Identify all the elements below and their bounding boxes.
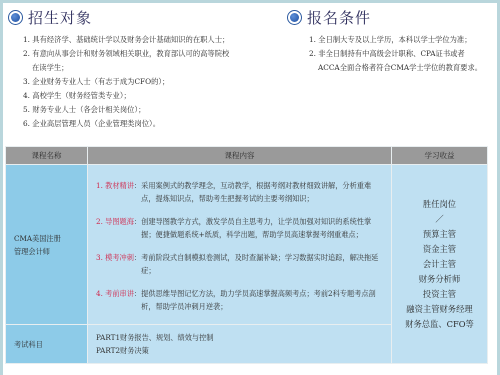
gain-line: 财务总监、CFO等 [392,317,487,332]
content-item: 1. 教材精讲： 采用案例式的教学理念，互动教学，根据考纲对教材细致讲解，分析重… [96,179,385,205]
list-item: 4. 高校学生（财务经管类专业）； [23,89,270,103]
item-number: 1. [23,35,30,44]
exam-label-cell: 考试科目 [6,325,88,364]
exam-subject: PART1财务报告、规划、绩效与控制 [96,331,385,344]
content-desc: 提供思维导图记忆方法，助力学员高速掌握高频考点；考前2科专题考点剖析，帮助学员冲… [141,287,385,313]
content-desc: 采用案例式的教学理念，互动教学，根据考纲对教材细致讲解，分析重难点，提炼知识点，… [141,179,385,205]
course-table: 课程名称 课程内容 学习收益 CMA美国注册 管理会计师 1. 教材精讲： 采用… [5,146,488,364]
exam-subject: PART2财务决策 [96,344,385,357]
item-text: 财务专业人士（各会计相关岗位）； [32,105,145,114]
list-item-continuation: 在读学生； [23,61,270,75]
content-desc: 创建导图教学方式，激发学员自主思考力，让学员加强对知识的系统性掌握；便捷做题系统… [141,215,385,241]
item-number: 3. [23,77,30,86]
list-item: 6. 企业高层管理人员（企业管理类岗位）。 [23,117,270,131]
item-number: 1. [309,35,316,44]
content-tag: 4. 考前串讲 [96,287,134,313]
header-course-content: 课程内容 [88,147,392,165]
admissions-section: 招生对象 1. 具有经济学、基础统计学以及财务会计基础知识的在职人士； 2. 有… [8,6,270,131]
list-item: 2. 有意向从事会计和财务领域相关职业，教育部认可的高等院校 [23,47,270,61]
gain-line: ／ [392,212,487,227]
exam-subjects-cell: PART1财务报告、规划、绩效与控制 PART2财务决策 [88,325,392,364]
gain-line: 投资主管 [392,287,487,302]
course-content-cell: 1. 教材精讲： 采用案例式的教学理念，互动教学，根据考纲对教材细致讲解，分析重… [88,165,392,325]
content-item: 4. 考前串讲： 提供思维导图记忆方法，助力学员高速掌握高频考点；考前2科专题考… [96,287,385,313]
gain-line: 会计主管 [392,257,487,272]
header-course-name: 课程名称 [6,147,88,165]
requirements-section: 报名条件 1. 全日制大专及以上学历，本科以学士学位为准； 2. 非全日制持有中… [287,6,497,75]
list-item: 1. 具有经济学、基础统计学以及财务会计基础知识的在职人士； [23,33,270,47]
requirements-list: 1. 全日制大专及以上学历，本科以学士学位为准； 2. 非全日制持有中高级会计职… [287,33,497,75]
gain-line: 预算主管 [392,227,487,242]
course-name-line: 管理会计师 [14,245,87,258]
circle-bullet-icon [8,10,23,25]
item-text: 企业高层管理人员（企业管理类岗位）。 [32,119,160,128]
list-item: 5. 财务专业人士（各会计相关岗位）； [23,103,270,117]
content-desc: 考前阶段式自制模拟卷测试，及时查漏补缺；学习数据实时追踪，解决拖延症； [141,251,385,277]
gain-line: 融资主管财务经理 [392,302,487,317]
item-number: 2. [309,49,316,58]
item-text: 非全日制持有中高级会计职称、CPA证书或者 [318,49,464,58]
item-number: 5. [23,105,30,114]
item-text: 具有经济学、基础统计学以及财务会计基础知识的在职人士； [32,35,229,44]
item-number: 4. [23,91,30,100]
admissions-title: 招生对象 [28,7,92,28]
content-tag: 1. 教材精讲 [96,179,134,205]
course-name-line: CMA美国注册 [14,232,87,245]
content-tag: 2. 导图题海 [96,215,134,241]
content-tag: 3. 模考冲刺 [96,251,134,277]
table-row: CMA美国注册 管理会计师 1. 教材精讲： 采用案例式的教学理念，互动教学，根… [6,165,488,325]
item-text: 高校学生（财务经管类专业）； [32,91,131,100]
admissions-heading: 招生对象 [8,6,270,28]
circle-bullet-icon [287,10,302,25]
gain-line: 财务分析师 [392,272,487,287]
item-text: 有意向从事会计和财务领域相关职业，教育部认可的高等院校 [32,49,229,58]
item-number: 6. [23,119,30,128]
content-item: 3. 模考冲刺： 考前阶段式自制模拟卷测试，及时查漏补缺；学习数据实时追踪，解决… [96,251,385,277]
list-item: 3. 企业财务专业人士（有志于成为CFO的）； [23,75,270,89]
content-item: 2. 导图题海： 创建导图教学方式，激发学员自主思考力，让学员加强对知识的系统性… [96,215,385,241]
course-name-cell: CMA美国注册 管理会计师 [6,165,88,325]
admissions-list: 1. 具有经济学、基础统计学以及财务会计基础知识的在职人士； 2. 有意向从事会… [8,33,270,131]
gain-line: 胜任岗位 [392,197,487,212]
requirements-heading: 报名条件 [287,6,497,28]
gain-line: 资金主管 [392,242,487,257]
learning-gains-cell: 胜任岗位 ／ 预算主管 资金主管 会计主管 财务分析师 投资主管 融资主管财务经… [392,165,488,364]
list-item: 1. 全日制大专及以上学历，本科以学士学位为准； [309,33,497,47]
requirements-title: 报名条件 [307,7,371,28]
table-header-row: 课程名称 课程内容 学习收益 [6,147,488,165]
list-item-continuation: ACCA全面合格者符合CMA学士学位的教育要求。 [309,61,497,75]
item-text: 全日制大专及以上学历，本科以学士学位为准； [318,35,471,44]
item-text: 企业财务专业人士（有志于成为CFO的）； [32,77,169,86]
item-number: 2. [23,49,30,58]
list-item: 2. 非全日制持有中高级会计职称、CPA证书或者 [309,47,497,61]
header-learning-gains: 学习收益 [392,147,488,165]
